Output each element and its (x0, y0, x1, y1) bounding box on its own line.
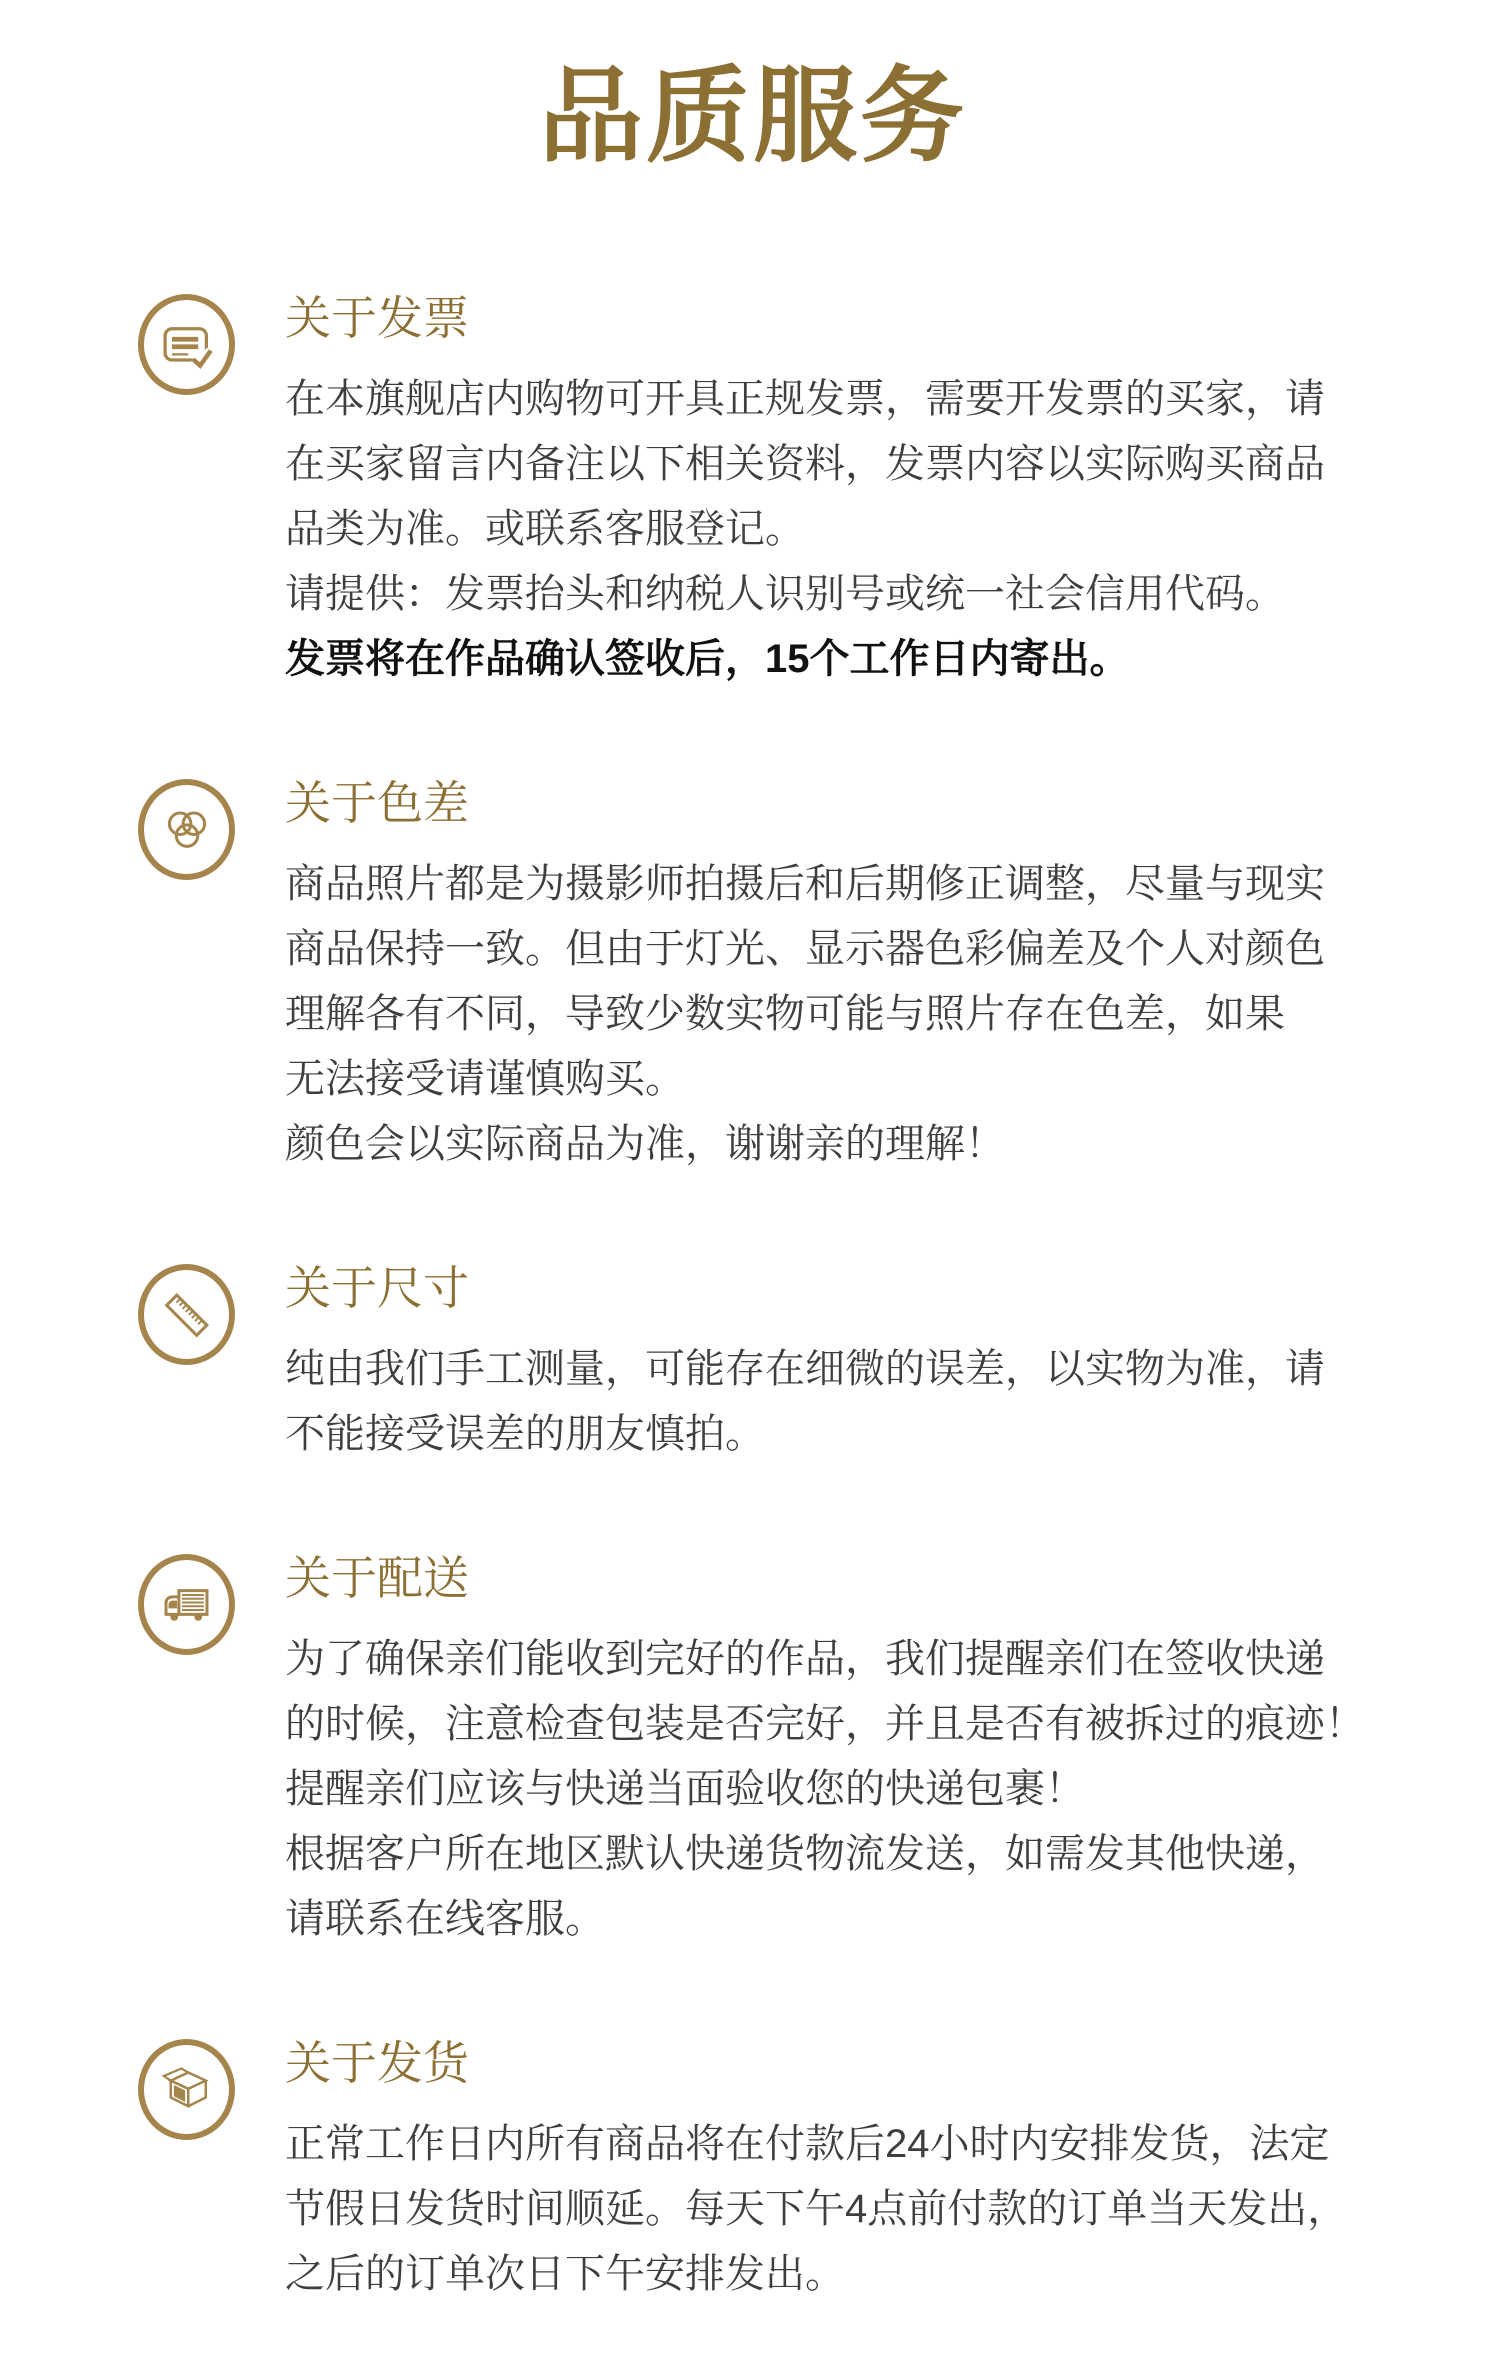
body-line: 商品保持一致。但由于灯光、显示器色彩偏差及个人对颜色 (285, 917, 1325, 982)
package-box-icon (138, 2039, 235, 2140)
body-line: 请提供：发票抬头和纳税人识别号或统一社会信用代码。 (285, 562, 1325, 627)
section-heading: 关于尺寸 (285, 1262, 1325, 1315)
section-body: 纯由我们手工测量，可能存在细微的误差，以实物为准，请 不能接受误差的朋友慎拍。 (285, 1337, 1325, 1467)
ruler-icon (138, 1264, 235, 1365)
body-line: 颜色会以实际商品为准，谢谢亲的理解！ (285, 1112, 1325, 1177)
section-heading: 关于发货 (285, 2037, 1347, 2090)
body-line: 商品照片都是为摄影师拍摄后和后期修正调整，尽量与现实 (285, 852, 1325, 917)
body-line: 纯由我们手工测量，可能存在细微的误差，以实物为准，请 (285, 1337, 1325, 1402)
delivery-truck-icon (138, 1554, 235, 1655)
section-body: 在本旗舰店内购物可开具正规发票，需要开发票的买家，请 在买家留言内备注以下相关资… (285, 367, 1325, 692)
body-line: 根据客户所在地区默认快递货物流发送，如需发其他快递， (285, 1822, 1365, 1887)
section-heading: 关于色差 (285, 777, 1325, 830)
body-line: 的时候，注意检查包装是否完好，并且是否有被拆过的痕迹！ (285, 1692, 1365, 1757)
section-body: 正常工作日内所有商品将在付款后24小时内安排发货，法定 节假日发货时间顺延。每天… (285, 2112, 1347, 2307)
body-line: 在买家留言内备注以下相关资料，发票内容以实际购买商品 (285, 432, 1325, 497)
body-line: 提醒亲们应该与快递当面验收您的快递包裹！ (285, 1757, 1365, 1822)
body-line-bold: 发票将在作品确认签收后，15个工作日内寄出。 (285, 627, 1325, 692)
section-color-difference: 关于色差 商品照片都是为摄影师拍摄后和后期修正调整，尽量与现实 商品保持一致。但… (138, 777, 1446, 1177)
body-line: 品类为准。或联系客服登记。 (285, 497, 1325, 562)
section-body: 商品照片都是为摄影师拍摄后和后期修正调整，尽量与现实 商品保持一致。但由于灯光、… (285, 852, 1325, 1177)
section-shipping: 关于发货 正常工作日内所有商品将在付款后24小时内安排发货，法定 节假日发货时间… (138, 2037, 1446, 2307)
body-line: 无法接受请谨慎购买。 (285, 1047, 1325, 1112)
section-heading: 关于配送 (285, 1552, 1365, 1605)
body-line: 理解各有不同，导致少数实物可能与照片存在色差，如果 (285, 982, 1325, 1047)
body-line: 请联系在线客服。 (285, 1887, 1365, 1952)
body-line: 在本旗舰店内购物可开具正规发票，需要开发票的买家，请 (285, 367, 1325, 432)
section-size: 关于尺寸 纯由我们手工测量，可能存在细微的误差，以实物为准，请 不能接受误差的朋… (138, 1262, 1446, 1467)
body-line: 为了确保亲们能收到完好的作品，我们提醒亲们在签收快递 (285, 1627, 1365, 1692)
page-title: 品质服务 (0, 52, 1506, 182)
section-body: 为了确保亲们能收到完好的作品，我们提醒亲们在签收快递 的时候，注意检查包装是否完… (285, 1627, 1365, 1952)
body-line: 之后的订单次日下午安排发出。 (285, 2242, 1347, 2307)
service-sections: 关于发票 在本旗舰店内购物可开具正规发票，需要开发票的买家，请 在买家留言内备注… (0, 292, 1506, 2307)
section-delivery: 关于配送 为了确保亲们能收到完好的作品，我们提醒亲们在签收快递 的时候，注意检查… (138, 1552, 1446, 1952)
quality-service-page: 品质服务 关于发票 在本旗舰店内购物可开具正规发票，需要开发票的买家，请 在买家… (0, 0, 1506, 2367)
body-line: 正常工作日内所有商品将在付款后24小时内安排发货，法定 (285, 2112, 1347, 2177)
body-line: 不能接受误差的朋友慎拍。 (285, 1402, 1325, 1467)
section-invoice: 关于发票 在本旗舰店内购物可开具正规发票，需要开发票的买家，请 在买家留言内备注… (138, 292, 1446, 692)
color-difference-icon (138, 779, 235, 880)
section-heading: 关于发票 (285, 292, 1325, 345)
invoice-icon (138, 294, 235, 395)
body-line: 节假日发货时间顺延。每天下午4点前付款的订单当天发出， (285, 2177, 1347, 2242)
